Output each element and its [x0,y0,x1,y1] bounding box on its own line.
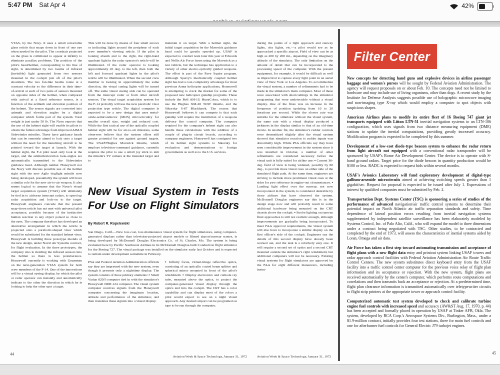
right-page-footer: Aviation Week & Space Technology, Januar… [257,355,342,361]
right-page-column-1: during the points of a light approach an… [257,41,333,352]
wifi-icon [449,2,459,10]
filter-item: Development of a low-cost diode-type bea… [347,144,491,168]
headline-line-2: For Use on Flight Simulators [88,200,239,214]
filter-item: Air Force has taken a first step toward … [347,245,491,294]
left-page-footer: Aviation Week & Space Technology, Januar… [100,355,247,361]
filter-item: Computerized automatic test system devel… [347,299,491,328]
filter-item: American Airlines plans to modify its en… [347,115,491,139]
article-column-right: ▪ Infinity focus, virtual-image reflecti… [165,260,237,352]
left-page-number: 44 [10,352,30,358]
status-date: Sat Apr 4 [39,2,65,9]
filter-center-box-rule [338,29,340,361]
page-background-bottom [0,364,500,375]
headline-line-1: New Visual System in Tests [88,186,239,200]
status-left: 5:47 PM Sat Apr 4 [8,2,65,9]
battery-percent: 42% [462,3,474,10]
status-right: 42% [449,2,493,11]
battery-fill [479,4,485,9]
article-headline: New Visual System in Tests For Use on Fl… [88,186,239,216]
status-time: 5:47 PM [8,2,32,9]
left-page-column-3-top: maintain it on target. With a helmet sig… [165,41,237,186]
filter-item: Transportation Dept. Systems Center (TSC… [347,197,491,241]
left-page-column-2-top: This will be done by means of four small… [88,41,159,186]
battery-icon [477,2,493,11]
filter-item: New concepts for detecting hand guns and… [347,76,491,110]
filter-item: USAF's Avionics Laboratory will fund exp… [347,173,491,193]
browser-chrome: 5:47 PM Sat Apr 4 42% archive.aviationwe… [0,0,500,21]
filter-center-items: New concepts for detecting hand guns and… [347,76,491,360]
article-intro: San Diego, Calif.—New low-cost, low-main… [88,230,237,258]
magazine-scan-page[interactable]: VTAS, by the Navy. It uses a small retra… [0,27,500,364]
filter-center-title: Filter Center [354,50,430,64]
filter-center-title-box: Filter Center [347,44,437,69]
ipad-safari-screen: 5:47 PM Sat Apr 4 42% archive.aviationwe… [0,0,500,375]
article-column-left: PSA and Federal Aviation Administration … [88,260,159,352]
right-page-number: 45 [478,351,496,357]
battery-nub [493,5,495,8]
left-page-column-1: VTAS, by the Navy. It uses a small retra… [11,41,82,352]
article-byline: By Robert R. Ropelewski [88,222,208,228]
